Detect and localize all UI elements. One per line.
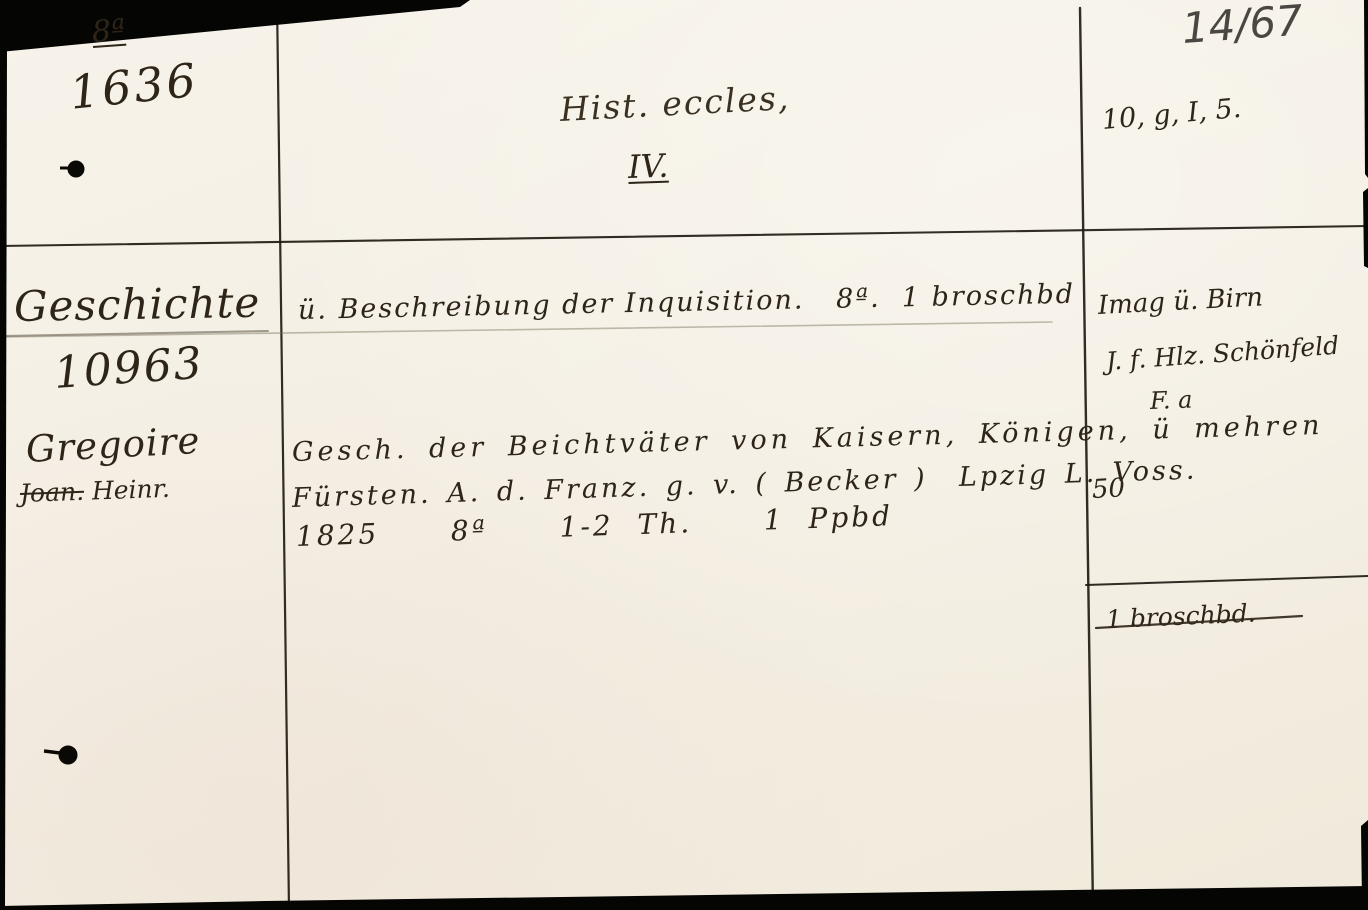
classification-section: IV. bbox=[627, 149, 669, 186]
right-note-imprint-3: F. a bbox=[1150, 387, 1193, 415]
accession-number: 10963 bbox=[52, 340, 205, 399]
author-surname: Gregoire bbox=[25, 421, 201, 471]
right-struck-note: 1 broschbd. bbox=[1105, 599, 1256, 633]
author-forename-struck: Joan. bbox=[19, 477, 84, 508]
pencil-accession-mark: 14/67 bbox=[1180, 0, 1304, 52]
format-mark: 8ª bbox=[91, 14, 127, 49]
author-forename: Joan. Heinr. bbox=[20, 475, 171, 508]
right-note-number: 50 bbox=[1091, 474, 1126, 504]
author-forename-rest: Heinr. bbox=[83, 474, 170, 506]
subject-heading: Geschichte bbox=[14, 280, 261, 330]
